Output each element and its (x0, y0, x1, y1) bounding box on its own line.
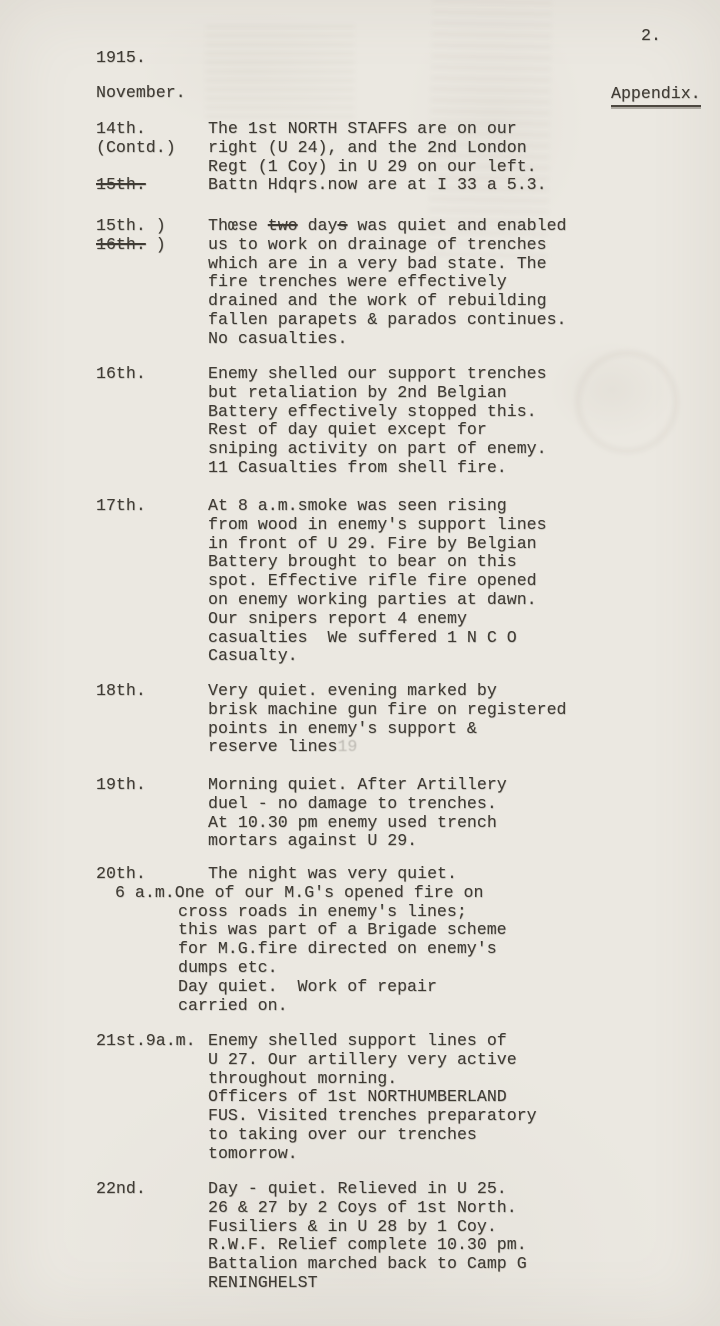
entry-body-line: from wood in enemy's support lines (0, 516, 720, 535)
entry-body-line: casualties We suffered 1 N C O (0, 629, 720, 648)
entry-body-line: Casualty. (0, 647, 720, 666)
text-segment: Battery effectively stopped this. (208, 402, 537, 421)
text-segment: Battery brought to bear on this (208, 552, 517, 571)
entry-body-line: Officers of 1st NORTHUMBERLAND (0, 1088, 720, 1107)
text-segment: in front of U 29. Fire by Belgian (208, 534, 537, 553)
entry-body: The 1st NORTH STAFFS are on ourright (U … (0, 120, 720, 195)
entry-body-line: dumps etc. (0, 959, 720, 978)
text-segment: brisk machine gun fire on registered (208, 700, 566, 719)
text-segment: mortars against U 29. (208, 831, 417, 850)
entry-body-line: Day quiet. Work of repair (0, 978, 720, 997)
text-segment: reserve lines (208, 737, 337, 756)
entry-body-line: Morning quiet. After Artillery (0, 776, 720, 795)
entry-body-line: for M.G.fire directed on enemy's (0, 940, 720, 959)
text-segment: 26 & 27 by 2 Coys of 1st North. (208, 1198, 517, 1217)
text-segment: cross roads in enemy's lines; (178, 902, 467, 921)
text-segment: day (298, 216, 338, 235)
entry-body-line: spot. Effective rifle fire opened (0, 572, 720, 591)
text-segment: was quiet and enabled (347, 216, 566, 235)
entry-body-line: us to work on drainage of trenches (0, 236, 720, 255)
text-segment: Casualty. (208, 646, 298, 665)
text-segment: 11 Casualties from shell fire. (208, 458, 507, 477)
text-segment: but retaliation by 2nd Belgian (208, 383, 507, 402)
text-segment: At 8 a.m.smoke was seen rising (208, 496, 507, 515)
entry-body-line: but retaliation by 2nd Belgian (0, 384, 720, 403)
entry-body-line: The night was very quiet. (0, 865, 720, 884)
entry-body-line: FUS. Visited trenches preparatory (0, 1107, 720, 1126)
text-segment: us to work on drainage of trenches (208, 235, 547, 254)
text-segment: tomorrow. (208, 1144, 298, 1163)
text-segment: RENINGHELST (208, 1273, 318, 1292)
entry-body-line: Battery brought to bear on this (0, 553, 720, 572)
entry-body-line: R.W.F. Relief complete 10.30 pm. (0, 1236, 720, 1255)
entry-body: Morning quiet. After Artilleryduel - no … (0, 776, 720, 851)
entry-body: Enemy shelled our support trenchesbut re… (0, 365, 720, 478)
text-segment: for M.G.fire directed on enemy's (178, 939, 497, 958)
text-segment: Thœse (208, 216, 268, 235)
entry-body-line: Battn Hdqrs.now are at I 33 a 5.3. (0, 176, 720, 195)
entry-body: Enemy shelled support lines ofU 27. Our … (0, 1032, 720, 1164)
diary-entry-15th-16th: 15th. )16th. )Thœse two days was quiet a… (0, 217, 720, 349)
diary-entry-21st: 21st.9a.m.Enemy shelled support lines of… (0, 1032, 720, 1164)
diary-entry-20th: 20th.The night was very quiet.6 a.m.One … (0, 865, 720, 1015)
entry-body-line: right (U 24), and the 2nd London (0, 139, 720, 158)
text-segment: At 10.30 pm enemy used trench (208, 813, 497, 832)
text-segment: throughout morning. (208, 1069, 397, 1088)
text-segment: Enemy shelled our support trenches (208, 364, 547, 383)
entry-body-line: points in enemy's support & (0, 720, 720, 739)
text-segment: on enemy working parties at dawn. (208, 590, 537, 609)
struck-text: s (337, 216, 347, 235)
entry-body-line: Thœse two days was quiet and enabled (0, 217, 720, 236)
text-segment: dumps etc. (178, 958, 278, 977)
entry-body-line: to taking over our trenches (0, 1126, 720, 1145)
diary-entry-16th: 16th.Enemy shelled our support trenchesb… (0, 365, 720, 478)
entry-body-line: RENINGHELST (0, 1274, 720, 1293)
text-segment: Day - quiet. Relieved in U 25. (208, 1179, 507, 1198)
text-segment: Our snipers report 4 enemy (208, 609, 467, 628)
entry-body-line: brisk machine gun fire on registered (0, 701, 720, 720)
text-segment: Rest of day quiet except for (208, 420, 487, 439)
entry-body-line: fire trenches were effectively (0, 273, 720, 292)
text-segment: Enemy shelled support lines of (208, 1031, 507, 1050)
entry-body-line: Enemy shelled our support trenches (0, 365, 720, 384)
text-segment: fallen parapets & parados continues. (208, 310, 566, 329)
struck-text: two (268, 216, 298, 235)
text-segment: The 1st NORTH STAFFS are on our (208, 119, 517, 138)
entry-body-line: this was part of a Brigade scheme (0, 921, 720, 940)
diary-entry-17th: 17th.At 8 a.m.smoke was seen risingfrom … (0, 497, 720, 666)
text-segment: Very quiet. evening marked by (208, 681, 497, 700)
entry-body-line: U 27. Our artillery very active (0, 1051, 720, 1070)
diary-entry-14th-contd: 14th.(Contd.) 15th.The 1st NORTH STAFFS … (0, 120, 720, 195)
entry-body-line: which are in a very bad state. The (0, 255, 720, 274)
entry-body-line: carried on. (0, 997, 720, 1016)
text-segment: Regt (1 Coy) in U 29 on our left. (208, 157, 537, 176)
entry-body-line: mortars against U 29. (0, 832, 720, 851)
text-segment: Fusiliers & in U 28 by 1 Coy. (208, 1217, 497, 1236)
entry-body-line: At 10.30 pm enemy used trench (0, 814, 720, 833)
entry-body-line: fallen parapets & parados continues. (0, 311, 720, 330)
text-segment: No casualties. (208, 329, 347, 348)
entry-body-line: throughout morning. (0, 1070, 720, 1089)
bleedthrough-text: 19 (337, 737, 357, 756)
entry-body-line: The 1st NORTH STAFFS are on our (0, 120, 720, 139)
entry-body: Very quiet. evening marked bybrisk machi… (0, 682, 720, 757)
entry-body-line: 11 Casualties from shell fire. (0, 459, 720, 478)
entry-body: Thœse two days was quiet and enabledus t… (0, 217, 720, 349)
text-segment: casualties We suffered 1 N C O (208, 628, 517, 647)
diary-entry-18th: 18th.Very quiet. evening marked bybrisk … (0, 682, 720, 757)
entry-body-line: Day - quiet. Relieved in U 25. (0, 1180, 720, 1199)
text-segment: points in enemy's support & (208, 719, 477, 738)
text-segment: drained and the work of rebuilding (208, 291, 547, 310)
text-segment: 6 a.m.One of our M.G's opened fire on (115, 883, 483, 902)
text-segment: to taking over our trenches (208, 1125, 477, 1144)
entry-body-line: Battery effectively stopped this. (0, 403, 720, 422)
text-segment: R.W.F. Relief complete 10.30 pm. (208, 1235, 527, 1254)
entry-body: Day - quiet. Relieved in U 25.26 & 27 by… (0, 1180, 720, 1293)
entry-body-line: 6 a.m.One of our M.G's opened fire on (0, 884, 720, 903)
text-segment: fire trenches were effectively (208, 272, 507, 291)
entry-body-line: No casualties. (0, 330, 720, 349)
text-segment: from wood in enemy's support lines (208, 515, 547, 534)
entry-body-line: cross roads in enemy's lines; (0, 903, 720, 922)
entry-body-line: on enemy working parties at dawn. (0, 591, 720, 610)
diary-entry-19th: 19th.Morning quiet. After Artilleryduel … (0, 776, 720, 851)
diary-entry-22nd: 22nd.Day - quiet. Relieved in U 25.26 & … (0, 1180, 720, 1293)
entry-body: The night was very quiet.6 a.m.One of ou… (0, 865, 720, 1015)
entry-body-line: reserve lines19 (0, 738, 720, 757)
entry-body-line: Fusiliers & in U 28 by 1 Coy. (0, 1218, 720, 1237)
entry-body-line: Rest of day quiet except for (0, 421, 720, 440)
text-segment: which are in a very bad state. The (208, 254, 547, 273)
text-segment: this was part of a Brigade scheme (178, 920, 507, 939)
entry-body-line: Our snipers report 4 enemy (0, 610, 720, 629)
text-segment: Battn Hdqrs.now are at I 33 a 5.3. (208, 175, 547, 194)
entry-body-line: Very quiet. evening marked by (0, 682, 720, 701)
entry-body-line: Regt (1 Coy) in U 29 on our left. (0, 158, 720, 177)
text-segment: Day quiet. Work of repair (178, 977, 437, 996)
entry-body-line: duel - no damage to trenches. (0, 795, 720, 814)
entry-body-line: Battalion marched back to Camp G (0, 1255, 720, 1274)
entry-body-line: in front of U 29. Fire by Belgian (0, 535, 720, 554)
diary-entries: 14th.(Contd.) 15th.The 1st NORTH STAFFS … (0, 0, 720, 1326)
text-segment: right (U 24), and the 2nd London (208, 138, 527, 157)
diary-page: 2. 1915. November. Appendix. 14th.(Contd… (0, 0, 720, 1326)
text-segment: duel - no damage to trenches. (208, 794, 497, 813)
entry-body-line: 26 & 27 by 2 Coys of 1st North. (0, 1199, 720, 1218)
entry-body: At 8 a.m.smoke was seen risingfrom wood … (0, 497, 720, 666)
text-segment: sniping activity on part of enemy. (208, 439, 547, 458)
entry-body-line: drained and the work of rebuilding (0, 292, 720, 311)
text-segment: U 27. Our artillery very active (208, 1050, 517, 1069)
entry-body-line: Enemy shelled support lines of (0, 1032, 720, 1051)
entry-body-line: At 8 a.m.smoke was seen rising (0, 497, 720, 516)
entry-body-line: tomorrow. (0, 1145, 720, 1164)
text-segment: spot. Effective rifle fire opened (208, 571, 537, 590)
text-segment: Battalion marched back to Camp G (208, 1254, 527, 1273)
text-segment: Morning quiet. After Artillery (208, 775, 507, 794)
text-segment: Officers of 1st NORTHUMBERLAND (208, 1087, 507, 1106)
text-segment: The night was very quiet. (208, 864, 457, 883)
entry-body-line: sniping activity on part of enemy. (0, 440, 720, 459)
text-segment: carried on. (178, 996, 288, 1015)
text-segment: FUS. Visited trenches preparatory (208, 1106, 537, 1125)
